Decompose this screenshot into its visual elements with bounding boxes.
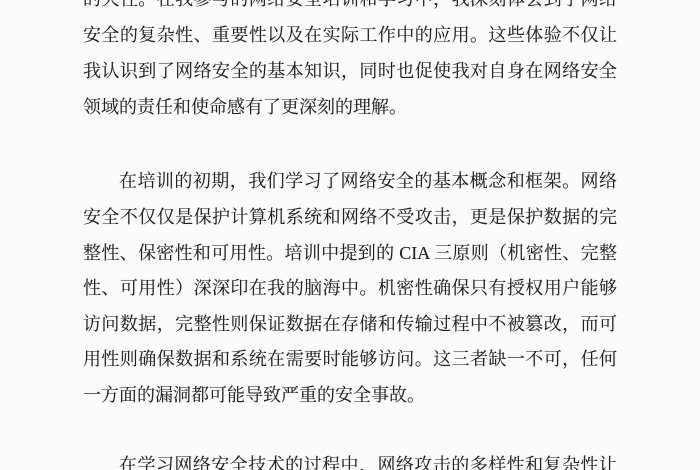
text-line: 安全不仅仅是保护计算机系统和网络不受攻击，更是保护数据的完 <box>83 207 617 229</box>
document-page: 的天性。在我参与的网络安全培训和学习中，我深刻体会到了网络 安全的复杂性、重要性… <box>0 0 700 470</box>
text-line: 整性、保密性和可用性。培训中提到的 CIA 三原则（机密性、完整 <box>83 243 617 265</box>
text-line: 性、可用性）深深印在我的脑海中。机密性确保只有授权用户能够 <box>83 278 617 300</box>
text-line: 领域的责任和使命感有了更深刻的理解。 <box>83 97 617 119</box>
text-line: 的天性。在我参与的网络安全培训和学习中，我深刻体会到了网络 <box>83 0 617 11</box>
text-line: 安全的复杂性、重要性以及在实际工作中的应用。这些体验不仅让 <box>83 25 617 47</box>
text-line: 访问数据，完整性则保证数据在存储和传输过程中不被篡改，而可 <box>83 314 617 336</box>
text-line: 我认识到了网络安全的基本知识，同时也促使我对自身在网络安全 <box>83 61 617 83</box>
text-line: 一方面的漏洞都可能导致严重的安全事故。 <box>83 385 617 407</box>
text-line: 在培训的初期，我们学习了网络安全的基本概念和框架。网络 <box>83 171 617 193</box>
text-line: 在学习网络安全技术的过程中，网络攻击的多样性和复杂性让 <box>83 455 617 470</box>
text-line: 用性则确保数据和系统在需要时能够访问。这三者缺一不可，任何 <box>83 349 617 371</box>
